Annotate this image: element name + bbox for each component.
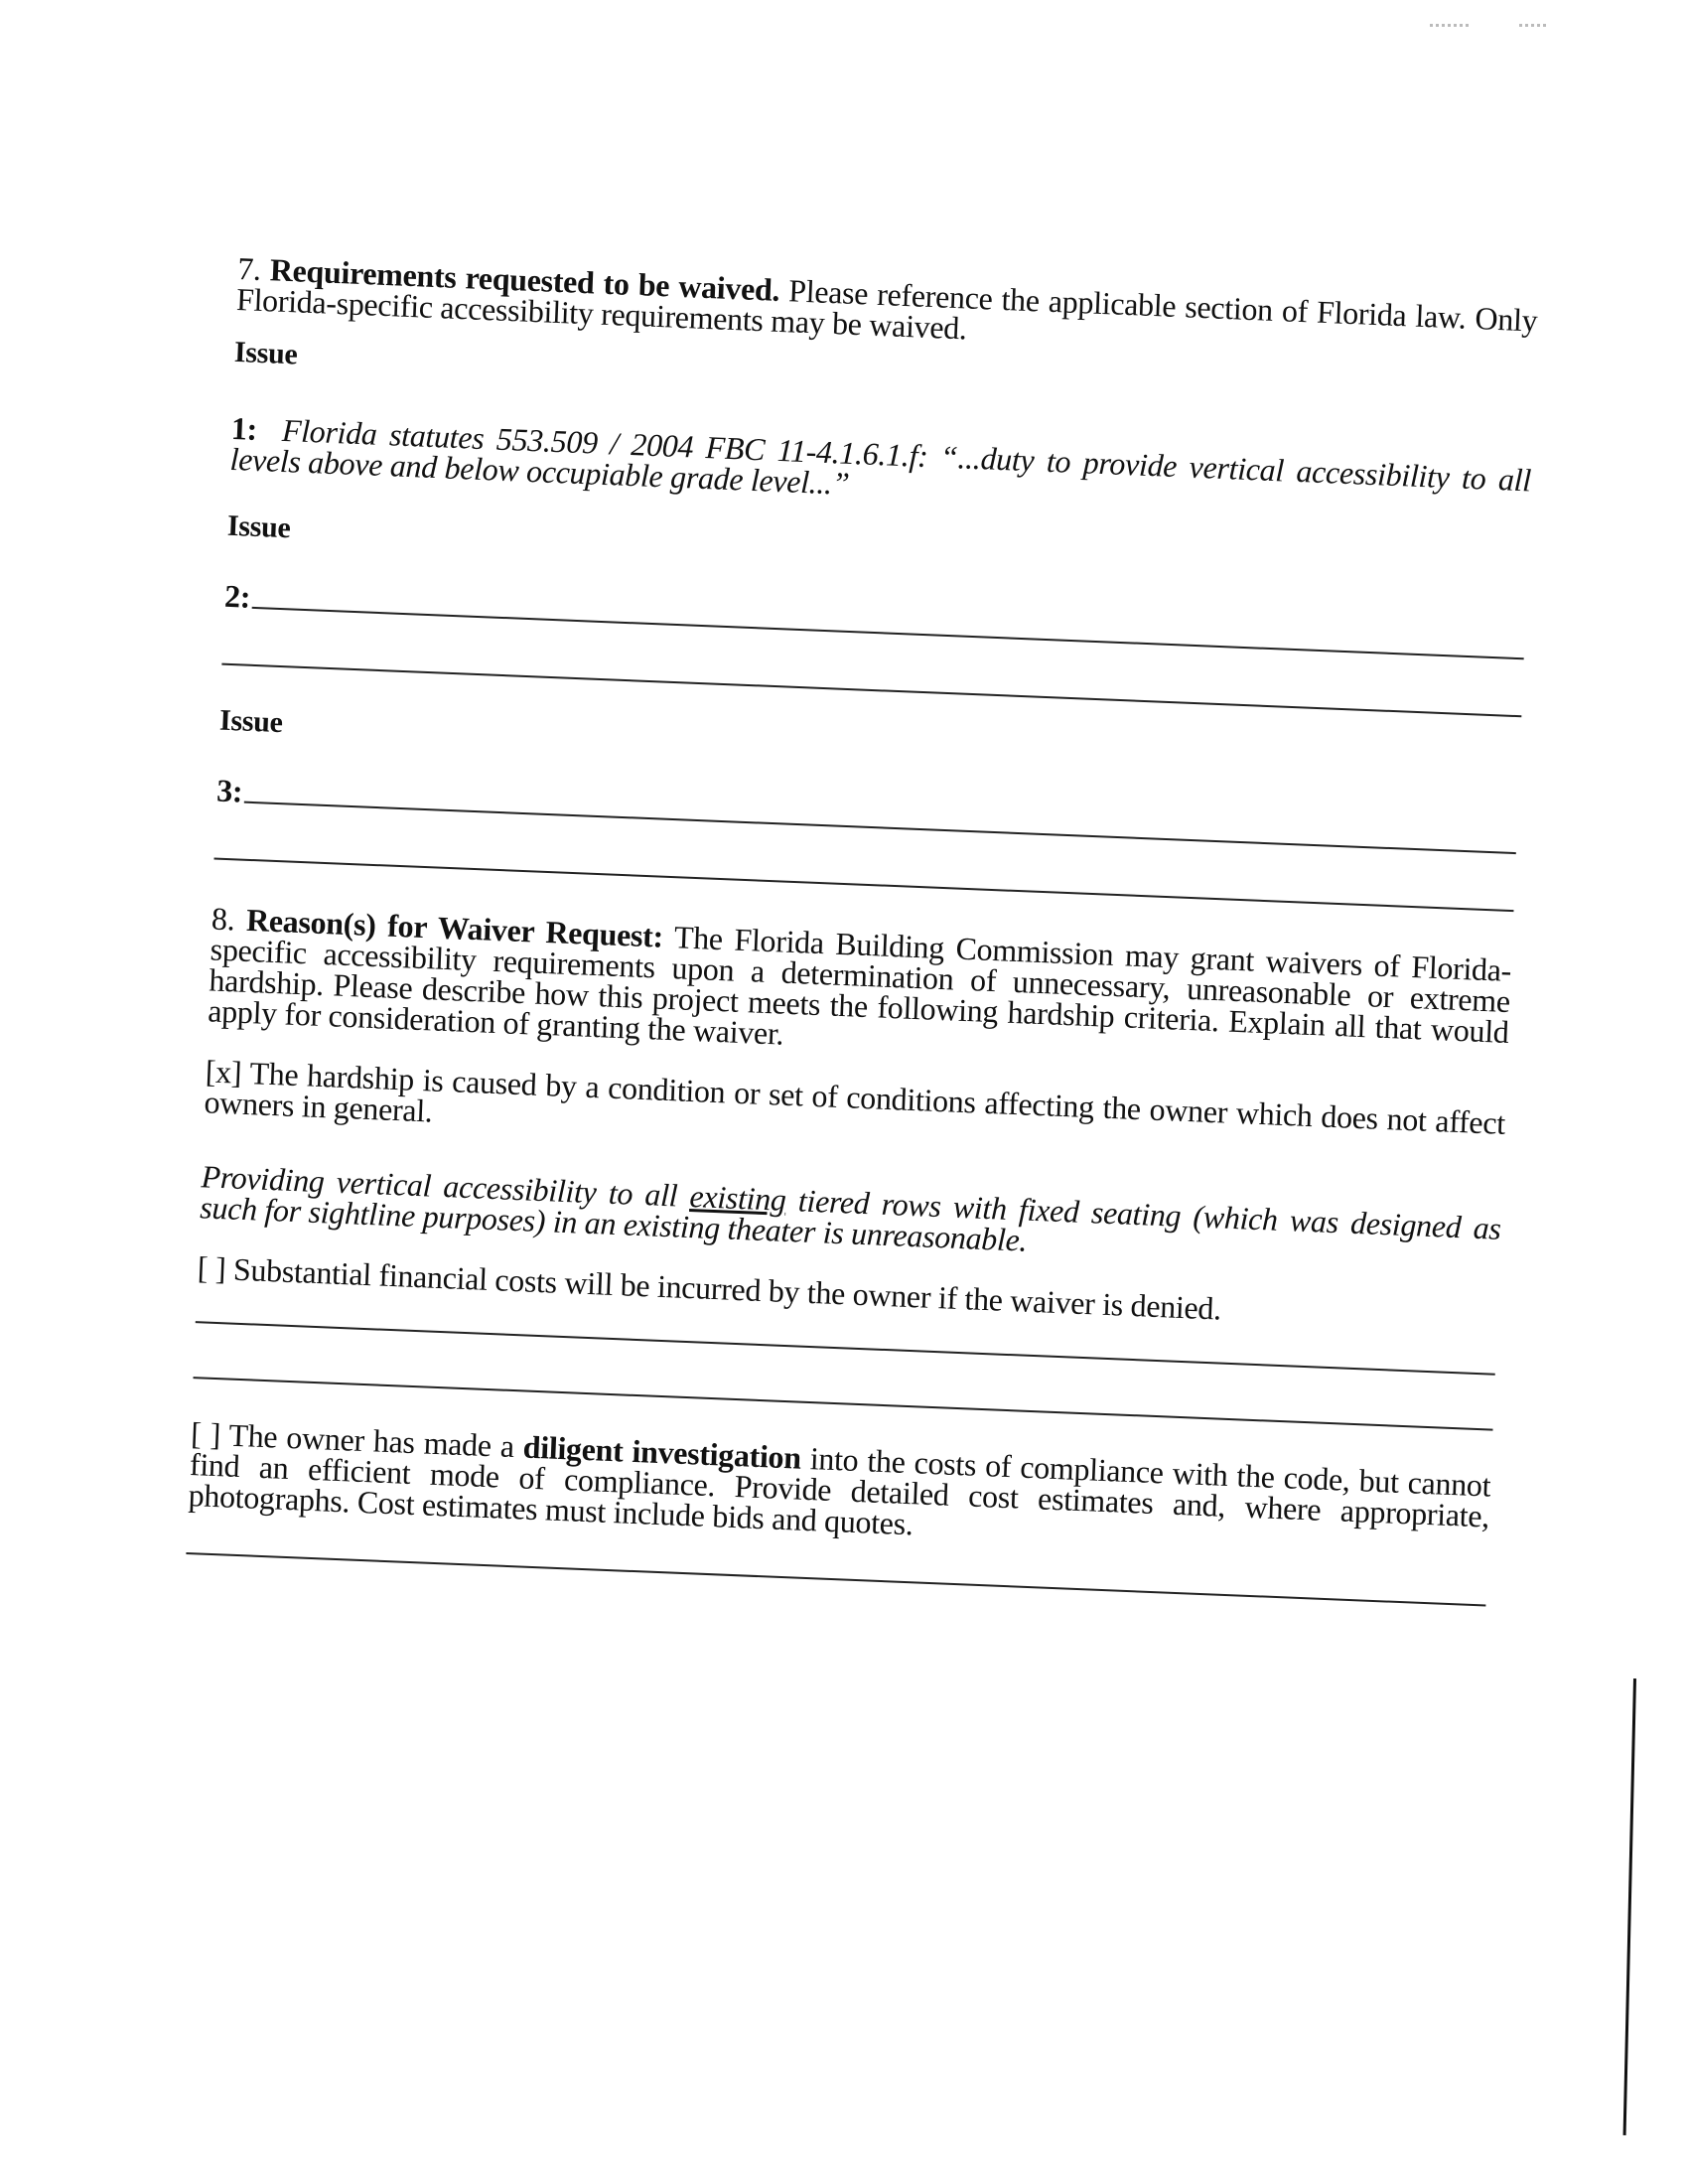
- document-page: 7. Requirements requested to be waived. …: [0, 0, 1688, 2184]
- issue-3-field[interactable]: 3:: [216, 776, 1517, 859]
- issue-1-text: Florida statutes 553.509 / 2004 FBC 11-4…: [229, 412, 1532, 502]
- issue-3-blank-line-2[interactable]: [213, 858, 1513, 913]
- issue-2-field[interactable]: 2:: [224, 581, 1525, 664]
- criterion-2-text: Substantial financial costs will be incu…: [232, 1251, 1221, 1327]
- criterion-2-checkbox[interactable]: [ ]: [197, 1249, 226, 1286]
- issue-2-blank-line-2[interactable]: [221, 663, 1521, 718]
- issue-3-number: 3:: [216, 776, 243, 807]
- scan-artifact: [1519, 24, 1549, 27]
- scan-artifact: [1430, 24, 1470, 27]
- criterion-3-text-end: into the costs of compliance with the co…: [188, 1440, 1491, 1542]
- form-content: 7. Requirements requested to be waived. …: [186, 253, 1538, 1607]
- issue-3-blank-line-1[interactable]: [244, 801, 1516, 854]
- issue-2-label: Issue: [226, 510, 1527, 594]
- issue-2-blank-line-1[interactable]: [252, 607, 1524, 659]
- scan-page-edge: [1623, 1678, 1636, 2135]
- section-8-intro: 8. Reason(s) for Waiver Request: The Flo…: [208, 903, 1512, 1078]
- issue-3-label: Issue: [218, 705, 1519, 789]
- section-8-text: The Florida Building Commission may gran…: [208, 919, 1512, 1051]
- issue-1-field[interactable]: 1: Florida statutes 553.509 / 2004 FBC 1…: [229, 413, 1531, 527]
- criterion-3: [ ] The owner has made a diligent invest…: [188, 1418, 1491, 1562]
- criterion-3-blank-line-1[interactable]: [186, 1552, 1485, 1607]
- criterion-1: [x] The hardship is caused by a conditio…: [204, 1056, 1505, 1170]
- issue-2-number: 2:: [224, 581, 251, 613]
- criterion-2-blank-line-1[interactable]: [196, 1321, 1495, 1376]
